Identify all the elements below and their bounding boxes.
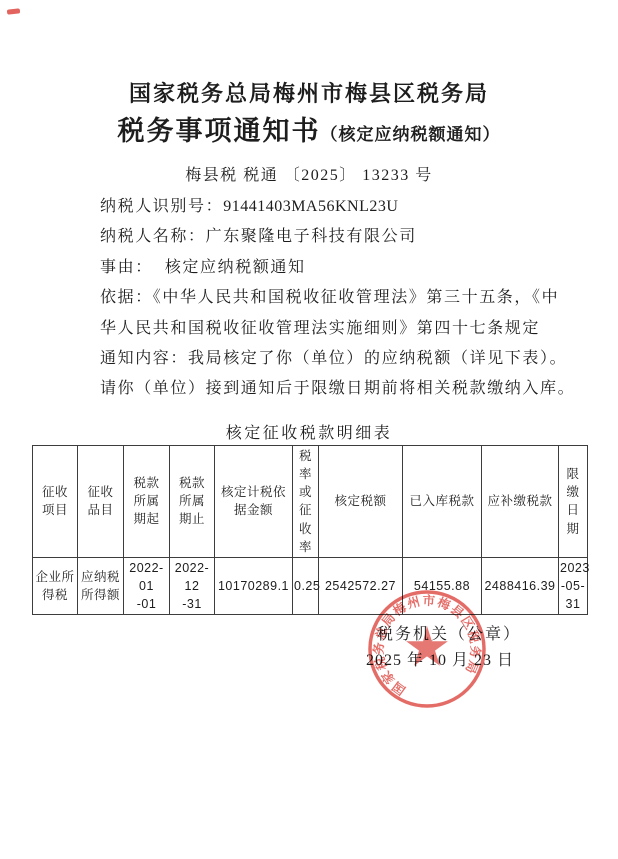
basis-line-2: 华人民共和国税收征收管理法实施细则》第四十七条规定	[100, 314, 590, 344]
tax-notice-document: 国家税务总局梅州市梅县区税务局 税务事项通知书（核定应纳税额通知） 梅县税 税通…	[0, 0, 618, 859]
notice-body: 纳税人识别号：91441403MA56KNL23U 纳税人名称：广东聚隆电子科技…	[100, 192, 590, 405]
cell-tax-rate: 0.25	[293, 557, 319, 614]
table-header-row: 征收 项目 征收 品目 税款 所属 期起 税款 所属 期止 核定计税依 据金额 …	[33, 446, 588, 558]
red-corner-scan-mark	[7, 8, 20, 14]
cell-period-end: 2022-12 -31	[170, 557, 215, 614]
col-header-levy-subitem: 征收 品目	[78, 446, 124, 558]
taxpayer-id-value: 91441403MA56KNL23U	[223, 198, 398, 215]
assessed-tax-detail-table: 征收 项目 征收 品目 税款 所属 期起 税款 所属 期止 核定计税依 据金额 …	[32, 445, 588, 615]
cell-levy-subitem: 应纳税 所得额	[78, 557, 124, 614]
taxpayer-name-label: 纳税人名称：	[100, 228, 206, 245]
cell-deadline: 2023 -05- 31	[559, 557, 588, 614]
col-header-deadline: 限 缴 日 期	[559, 446, 588, 558]
cell-assessed-basis: 10170289.1	[215, 557, 293, 614]
request-line: 请你（单位）接到通知后于限缴日期前将相关税款缴纳入库。	[100, 374, 590, 404]
subject-label: 事由：	[100, 259, 153, 276]
document-title-paren: （核定应纳税额通知）	[321, 125, 501, 144]
cell-period-start: 2022-01 -01	[124, 557, 170, 614]
taxpayer-name-line: 纳税人名称：广东聚隆电子科技有限公司	[100, 222, 590, 252]
bureau-name: 国家税务总局梅州市梅县区税务局	[0, 77, 618, 108]
document-title: 税务事项通知书	[118, 116, 321, 146]
document-number: 梅县税 税通 〔2025〕 13233 号	[0, 162, 618, 185]
col-header-assessed-tax: 核定税额	[319, 446, 403, 558]
document-title-line: 税务事项通知书（核定应纳税额通知）	[0, 109, 618, 148]
col-header-levy-item: 征收 项目	[33, 446, 78, 558]
basis-line-1: 依据：《中华人民共和国税收征收管理法》第三十五条，《中	[100, 283, 590, 313]
subject-value: 核定应纳税额通知	[165, 259, 306, 276]
official-red-seal: 国家税务总局梅州市梅县区税务局	[354, 577, 500, 723]
col-header-period-end: 税款 所属 期止	[170, 446, 215, 558]
col-header-tax-payable: 应补缴税款	[482, 446, 559, 558]
taxpayer-id-label: 纳税人识别号：	[100, 198, 223, 215]
col-header-assessed-basis: 核定计税依 据金额	[215, 446, 293, 558]
subject-line: 事由：核定应纳税额通知	[100, 253, 590, 283]
table-data-row: 企业所 得税 应纳税 所得额 2022-01 -01 2022-12 -31 1…	[33, 557, 588, 614]
col-header-period-start: 税款 所属 期起	[124, 446, 170, 558]
cell-levy-item: 企业所 得税	[33, 557, 78, 614]
col-header-tax-rate: 税 率 或 征 收 率	[293, 446, 319, 558]
taxpayer-name-value: 广东聚隆电子科技有限公司	[206, 228, 417, 245]
taxpayer-id-line: 纳税人识别号：91441403MA56KNL23U	[100, 192, 590, 222]
col-header-tax-paid: 已入库税款	[403, 446, 482, 558]
content-line: 通知内容：我局核定了你（单位）的应纳税额（详见下表）。	[100, 344, 590, 374]
seal-star-icon	[406, 626, 448, 666]
detail-table-title: 核定征收税款明细表	[0, 420, 618, 443]
